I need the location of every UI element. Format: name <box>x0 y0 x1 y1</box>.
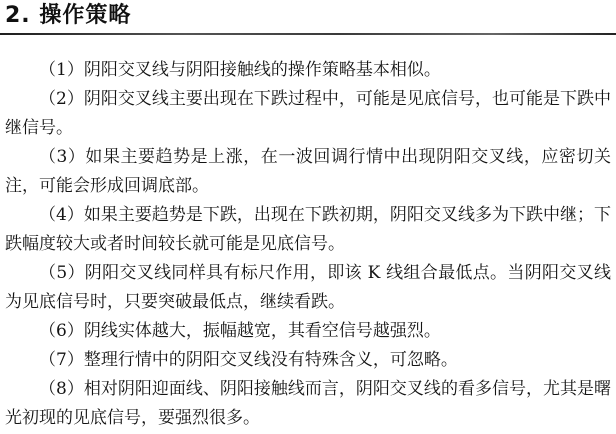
paragraph-7: （7）整理行情中的阴阳交叉线没有特殊含义，可忽略。 <box>5 346 611 375</box>
paragraph-5: （5）阴阳交叉线同样具有标尺作用，即该 K 线组合最低点。当阴阳交叉线为见底信号… <box>5 259 611 317</box>
section-heading: 2. 操作策略 <box>0 0 616 29</box>
paragraph-1: （1）阴阳交叉线与阴阳接触线的操作策略基本相似。 <box>5 56 611 85</box>
document-page: 2. 操作策略 （1）阴阳交叉线与阴阳接触线的操作策略基本相似。 （2）阴阳交叉… <box>0 0 616 434</box>
body-text: （1）阴阳交叉线与阴阳接触线的操作策略基本相似。 （2）阴阳交叉线主要出现在下跌… <box>0 35 616 433</box>
paragraph-4: （4）如果主要趋势是下跌，出现在下跌初期，阴阳交叉线多为下跌中继；下跌幅度较大或… <box>5 201 611 259</box>
paragraph-2: （2）阴阳交叉线主要出现在下跌过程中，可能是见底信号，也可能是下跌中继信号。 <box>5 85 611 143</box>
paragraph-8: （8）相对阴阳迎面线、阴阳接触线而言，阴阳交叉线的看多信号，尤其是曙光初现的见底… <box>5 375 611 433</box>
paragraph-3: （3）如果主要趋势是上涨，在一波回调行情中出现阴阳交叉线，应密切关注，可能会形成… <box>5 143 611 201</box>
paragraph-6: （6）阴线实体越大，振幅越宽，其看空信号越强烈。 <box>5 317 611 346</box>
